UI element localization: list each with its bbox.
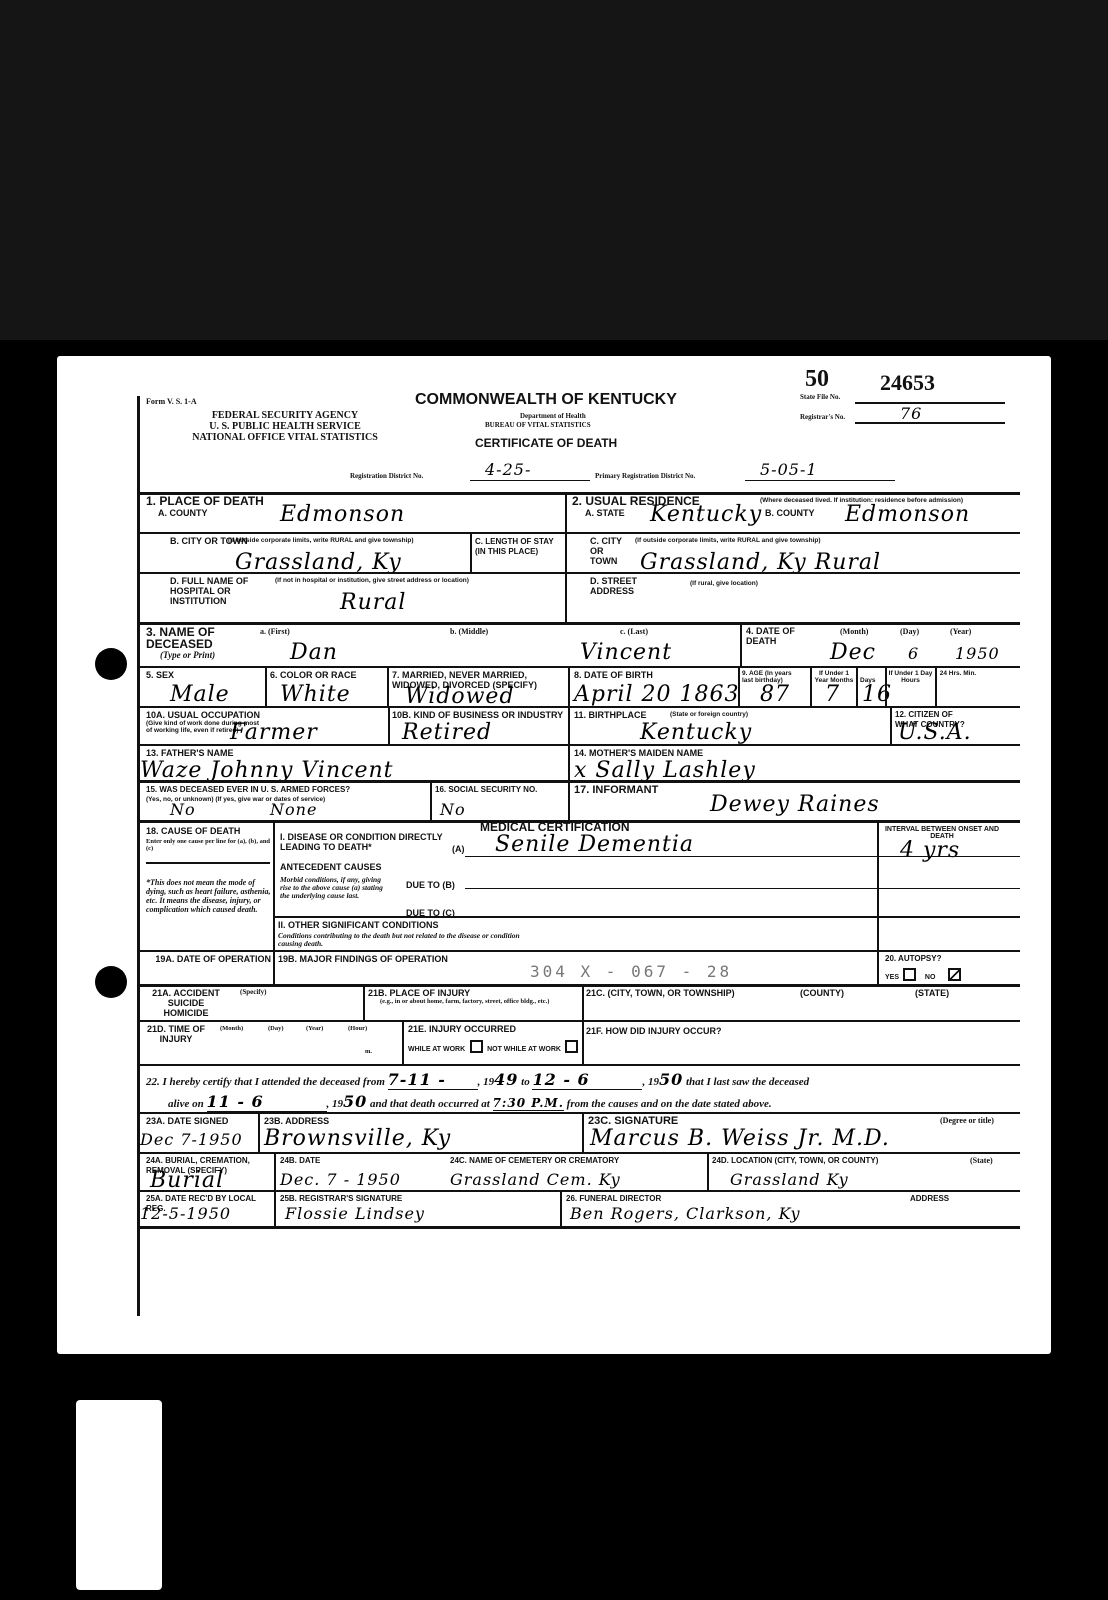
res-county-value: Edmonson (845, 502, 970, 527)
age-years-value: 87 (760, 682, 790, 707)
race-label: 6. COLOR OR RACE (270, 670, 357, 680)
not-while-at-work-label: NOT WHILE AT WORK (487, 1046, 561, 1053)
length-of-stay-label: c. LENGTH OF STAY (in this place) (475, 537, 565, 557)
injury-time-year: (Year) (306, 1025, 323, 1032)
res-street-note: (If rural, give location) (690, 580, 758, 587)
res-county-label: b. COUNTY (765, 508, 815, 518)
hospital-label: d. FULL NAME OF HOSPITAL OR INSTITUTION (170, 576, 270, 606)
res-city-label: c. CITY OR TOWN (590, 536, 630, 566)
injury-time-m: m. (365, 1048, 372, 1055)
autopsy-no-label: NO (925, 974, 936, 981)
punch-hole-bottom (95, 966, 127, 998)
first-name-label: a. (First) (260, 628, 290, 635)
agency-line-3: NATIONAL OFFICE VITAL STATISTICS (170, 432, 400, 443)
registrar-signature: Flossie Lindsey (285, 1204, 425, 1223)
cause-of-death-note: Enter only one cause per line for (a), (… (146, 838, 271, 852)
cert-to-date: 12 - 6 (532, 1070, 642, 1090)
race-value: White (280, 682, 351, 707)
last-name-value: Vincent (580, 640, 672, 665)
date-signed-label: 23a. DATE SIGNED (146, 1116, 228, 1126)
pod-county-value: Edmonson (280, 502, 405, 527)
res-state-label: a. STATE (585, 508, 625, 518)
bureau: BUREAU OF VITAL STATISTICS (485, 421, 591, 429)
date-of-death-label: 4. DATE OF DEATH (746, 626, 796, 646)
burial-location-value: Grassland Ky (730, 1170, 849, 1189)
department: Department of Health (520, 412, 586, 420)
injury-occurred-options: WHILE AT WORK NOT WHILE AT WORK (408, 1038, 578, 1056)
registrar-signature-label: 25b. REGISTRAR'S SIGNATURE (280, 1194, 402, 1204)
father-label: 13. FATHER'S NAME (146, 748, 234, 758)
agency-line-1: FEDERAL SECURITY AGENCY (170, 410, 400, 421)
funeral-director-value: Ben Rogers, Clarkson, Ky (570, 1204, 801, 1223)
address-label: 23b. ADDRESS (264, 1116, 329, 1126)
industry-value: Retired (402, 720, 492, 745)
age-min-label: 24 Hrs. Min. (938, 670, 978, 677)
armed-forces-value: No (170, 800, 196, 819)
last-name-label: c. (Last) (620, 628, 648, 635)
cause-a-interval: 4 yrs (900, 838, 960, 863)
agency-line-2: U. S. PUBLIC HEALTH SERVICE (170, 421, 400, 432)
not-while-at-work-checkbox[interactable] (565, 1040, 578, 1053)
punch-hole-top (95, 648, 127, 680)
citizen-value: U.S.A. (898, 720, 972, 745)
dob-value: April 20 1863 (574, 682, 740, 707)
cause-of-death-label: 18. CAUSE OF DEATH (146, 826, 240, 836)
injury-type-note: (Specify) (240, 989, 266, 996)
occupation-value: Farmer (230, 720, 318, 745)
registrar-number: 76 (900, 404, 922, 423)
ssn-value: No (440, 800, 466, 819)
cert-to-year-prefix: , 19 (642, 1076, 659, 1088)
address-value: Brownsville, Ky (264, 1126, 451, 1151)
cert-text-c: and that death occurred at (370, 1098, 490, 1110)
autopsy-label: 20. AUTOPSY? (885, 954, 941, 964)
age-months-value: 7 (825, 682, 840, 707)
state-file-label: State File No. (800, 394, 840, 401)
burial-state-label: (State) (970, 1157, 993, 1164)
cert-text-d: from the causes and on the date stated a… (567, 1098, 772, 1110)
injury-time-month: (Month) (220, 1025, 243, 1032)
physician-signature: Marcus B. Weiss Jr. M.D. (590, 1126, 890, 1151)
informant-value: Dewey Raines (710, 792, 880, 817)
state-file-prefix: 50 (805, 366, 829, 393)
scan-background (0, 0, 1108, 340)
op-date-label: 19a. DATE OF OPERATION (146, 954, 271, 964)
birthplace-value: Kentucky (640, 720, 752, 745)
date-received-value: 12-5-1950 (140, 1204, 231, 1223)
cert-from-year: 49 (494, 1070, 518, 1089)
first-name-value: Dan (290, 640, 338, 665)
place-of-death-heading: 1. PLACE OF DEATH (146, 496, 264, 506)
cert-from-date: 7-11 - (388, 1070, 478, 1090)
autopsy-no-checkbox-checked[interactable] (948, 968, 961, 981)
injury-time-day: (Day) (268, 1025, 284, 1032)
form-number: Form V. S. 1-A (146, 398, 197, 405)
cert-to-word: to (521, 1076, 530, 1088)
agency-block: FEDERAL SECURITY AGENCY U. S. PUBLIC HEA… (170, 410, 400, 443)
funeral-director-label: 26. FUNERAL DIRECTOR (566, 1194, 661, 1204)
cert-from-year-prefix: , 19 (478, 1076, 495, 1088)
cert-text-b: that I last saw the deceased (686, 1076, 809, 1088)
op-findings-label: 19b. MAJOR FINDINGS OF OPERATION (278, 954, 448, 964)
sex-label: 5. SEX (146, 670, 174, 680)
dod-day-label: (Day) (900, 628, 919, 635)
injury-type-label: 21a. ACCIDENT SUICIDE HOMICIDE (146, 988, 226, 1018)
cause-footnote: *This does not mean the mode of dying, s… (146, 878, 271, 914)
informant-label: 17. INFORMANT (574, 785, 658, 795)
while-at-work-checkbox[interactable] (470, 1040, 483, 1053)
autopsy-options: YES NO (885, 966, 961, 984)
cert-death-time: 7:30 P.M. (493, 1096, 564, 1111)
death-certificate-page: Form V. S. 1-A FEDERAL SECURITY AGENCY U… (57, 356, 1051, 1354)
cause-b-label: DUE TO (b) (406, 880, 455, 890)
burial-location-label: 24d. LOCATION (City, town, or county) (712, 1156, 878, 1166)
dob-label: 8. DATE OF BIRTH (574, 670, 653, 680)
hospital-note: (If not in hospital or institution, give… (275, 577, 469, 584)
armed-forces-label: 15. WAS DECEASED EVER IN U. S. ARMED FOR… (146, 785, 436, 795)
birthplace-note: (State or foreign country) (670, 711, 748, 718)
burial-date-value: Dec. 7 - 1950 (280, 1170, 401, 1189)
middle-name-label: b. (Middle) (450, 628, 488, 635)
document-title: COMMONWEALTH OF KENTUCKY (415, 392, 677, 408)
res-state-value: Kentucky (650, 502, 762, 527)
birthplace-label: 11. BIRTHPLACE (574, 710, 647, 720)
funeral-address-label: ADDRESS (910, 1194, 949, 1204)
certificate-form: Form V. S. 1-A FEDERAL SECURITY AGENCY U… (137, 396, 1017, 1316)
disease-label: I. DISEASE OR CONDITION DIRECTLY LEADING… (280, 832, 455, 852)
antecedent-label: ANTECEDENT CAUSES (280, 862, 382, 872)
autopsy-yes-checkbox[interactable] (903, 968, 916, 981)
other-conditions-note: Conditions contributing to the death but… (278, 932, 538, 948)
antecedent-note: Morbid conditions, if any, giving rise t… (280, 876, 392, 900)
mother-label: 14. MOTHER'S MAIDEN NAME (574, 748, 703, 758)
injury-county-label: (COUNTY) (800, 988, 844, 998)
occupation-label: 10a. USUAL OCCUPATION (146, 710, 260, 720)
autopsy-yes-label: YES (885, 974, 899, 981)
cemetery-value: Grassland Cem. Ky (450, 1170, 621, 1189)
dod-year-value: 1950 (955, 644, 1000, 663)
cause-a-value: Senile Dementia (495, 832, 694, 857)
pod-county-label: a. COUNTY (158, 508, 208, 518)
cemetery-label: 24c. NAME OF CEMETERY OR CREMATORY (450, 1156, 619, 1166)
cert-alive-on: alive on (168, 1098, 204, 1110)
injury-time-hour: (Hour) (348, 1025, 367, 1032)
deceased-name-sub: (Type or Print) (160, 652, 215, 659)
sex-value: Male (170, 682, 230, 707)
op-findings-stamp: 304 X - 067 - 28 (530, 962, 732, 981)
signature-label: 23c. SIGNATURE (588, 1116, 678, 1126)
degree-label: (Degree or title) (940, 1117, 994, 1124)
cause-a-label: (a) (452, 844, 465, 854)
while-at-work-label: WHILE AT WORK (408, 1046, 465, 1053)
cert-alive-year-prefix: , 19 (327, 1098, 344, 1110)
dod-month-value: Dec (830, 640, 876, 665)
injury-state-label: (STATE) (915, 988, 949, 998)
pod-city-note: (If outside corporate limits, write RURA… (228, 537, 414, 544)
cert-to-year: 50 (659, 1070, 683, 1089)
film-marker-tab (76, 1400, 162, 1590)
dod-year-label: (Year) (950, 628, 971, 635)
hospital-value: Rural (340, 590, 406, 615)
res-city-note: (If outside corporate limits, write RURA… (635, 537, 821, 544)
medical-cert-heading: MEDICAL CERTIFICATION (480, 822, 630, 832)
other-conditions-label: II. OTHER SIGNIFICANT CONDITIONS (278, 920, 439, 930)
registrar-label: Registrar's No. (800, 414, 845, 421)
cert-alive-date: 11 - 6 (207, 1092, 327, 1112)
age-hours-label: If Under 1 Day Hours (888, 670, 933, 684)
state-file-number: 24653 (880, 370, 935, 396)
primary-district-label: Primary Registration District No. (595, 473, 695, 480)
certificate-heading: CERTIFICATE OF DEATH (475, 438, 617, 448)
age-days-value: 16 (862, 682, 892, 707)
injury-time-label: 21d. TIME OF INJURY (146, 1024, 206, 1044)
cert-alive-year: 50 (343, 1092, 367, 1111)
reg-district-label: Registration District No. (350, 473, 423, 480)
injury-city-label: 21c. (CITY, TOWN, OR TOWNSHIP) (586, 988, 735, 998)
injury-place-note: (e.g., in or about home, farm, factory, … (380, 998, 580, 1005)
dod-day-value: 6 (908, 644, 919, 663)
date-signed-value: Dec 7-1950 (140, 1130, 243, 1149)
reg-district-number: 4-25- (485, 460, 531, 479)
dod-month-label: (Month) (840, 628, 868, 635)
cert-text-a: 22. I hereby certify that I attended the… (146, 1076, 385, 1088)
res-street-label: d. STREET ADDRESS (590, 576, 650, 596)
injury-how-label: 21f. HOW DID INJURY OCCUR? (586, 1026, 722, 1036)
ssn-label: 16. SOCIAL SECURITY NO. (435, 785, 565, 795)
armed-service-value: None (270, 800, 317, 819)
certification-line-2: alive on 11 - 6, 1950 and that death occ… (168, 1092, 772, 1112)
industry-label: 10b. KIND OF BUSINESS OR INDUSTRY (392, 710, 567, 720)
injury-place-label: 21b. PLACE OF INJURY (368, 988, 470, 998)
burial-date-label: 24b. DATE (280, 1156, 320, 1166)
certification-line-1: 22. I hereby certify that I attended the… (146, 1070, 809, 1090)
deceased-name-label: 3. NAME OF DECEASED (146, 626, 256, 650)
injury-occurred-label: 21e. INJURY OCCURRED (408, 1024, 516, 1034)
primary-district-number: 5-05-1 (760, 460, 818, 479)
